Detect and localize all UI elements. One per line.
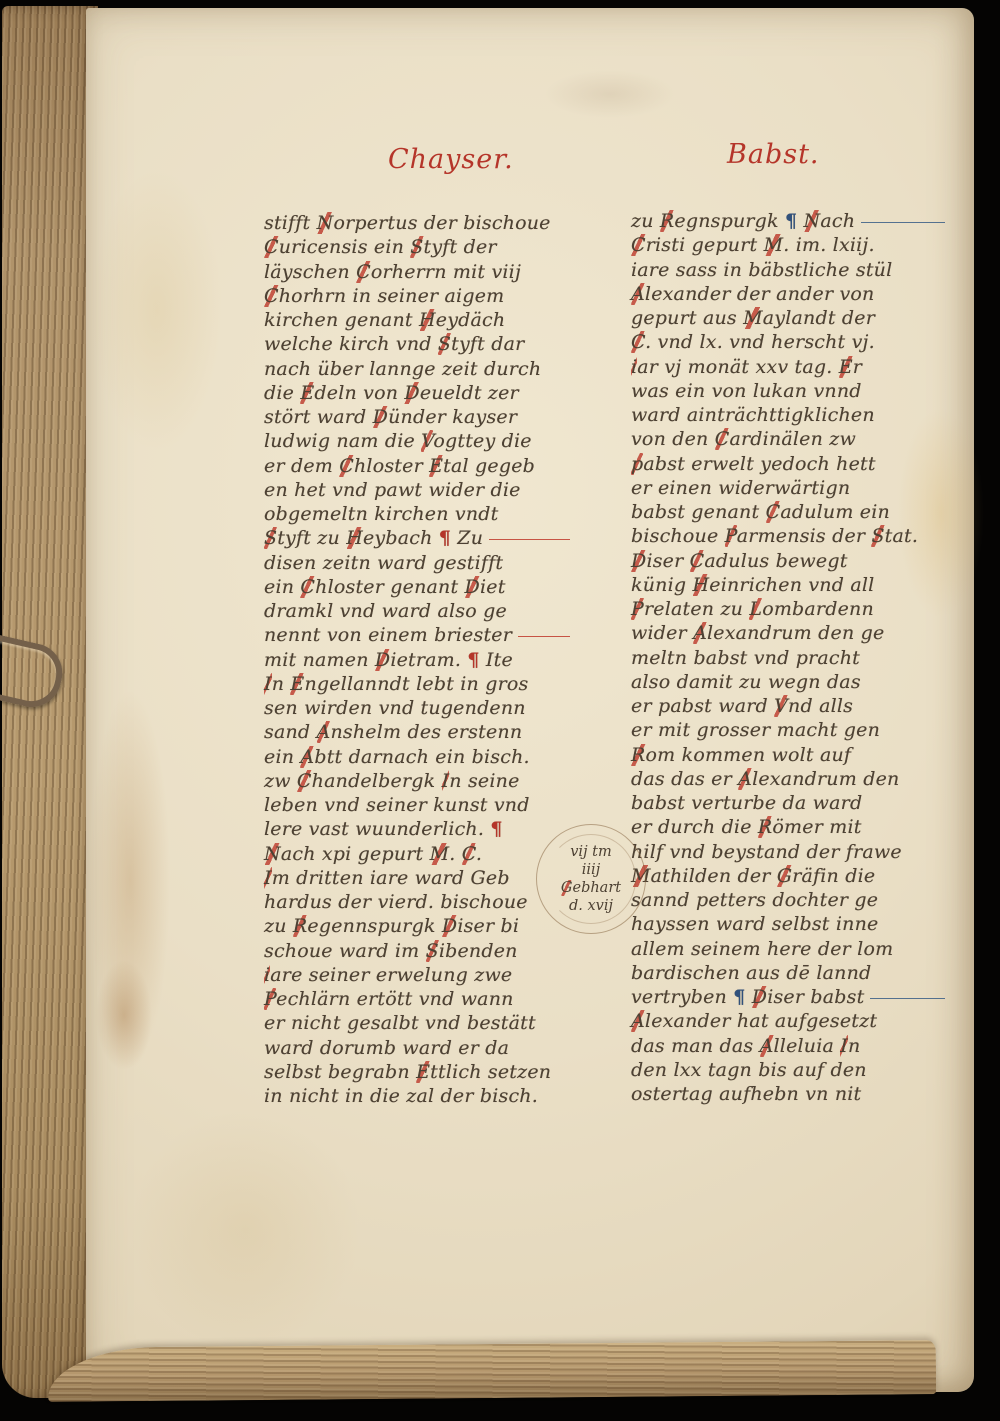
running-header-kaiser-label: Chayser. [388, 144, 514, 175]
text-line: en het vnd pawt wider die [264, 479, 570, 503]
text-line: zu Regnspurgk ¶ Nach [631, 210, 945, 234]
text-line: nach über lannge zeit durch [264, 358, 570, 382]
rubricated-letter: S [410, 236, 423, 258]
rubricated-letter: E [416, 1061, 430, 1083]
rubricated-letter: A [693, 622, 707, 644]
text-line: bischoue Parmensis der Stat. [631, 525, 945, 549]
text-line: in nicht in die zal der bisch. [264, 1085, 570, 1109]
rubricated-letter: C [300, 576, 315, 598]
rubricated-letter: R [660, 210, 675, 232]
rubricated-letter: I [840, 1035, 848, 1057]
column-right: zu Regnspurgk ¶ NachCristi gepurt M. im.… [631, 210, 945, 1107]
text-line: Pechlärn ertött vnd wann [264, 988, 570, 1012]
text-line: Nach xpi gepurt M. C. [264, 843, 570, 867]
text-line: C. vnd lx. vnd herscht vj. [631, 331, 945, 355]
text-line: meltn babst vnd pracht [631, 647, 945, 671]
ink-rule-red [489, 539, 570, 540]
text-line: stört ward Dünder kayser [264, 406, 570, 430]
text-line: Curicensis ein Styft der [264, 236, 570, 260]
rubricated-letter: C [715, 428, 730, 450]
rubricated-letter: R [631, 744, 646, 766]
rubricated-letter: A [631, 1010, 645, 1032]
text-line: vertryben ¶ Diser babst [631, 986, 945, 1010]
rubricated-letter: S [426, 940, 439, 962]
rubricated-letter: N [317, 212, 334, 234]
text-line: leben vnd seiner kunst vnd [264, 794, 570, 818]
ink-rule-blue [870, 998, 945, 999]
rubricated-letter: V [421, 430, 433, 452]
margin-note: vij tmiiijGebhartd. xvij [536, 824, 646, 934]
text-line: er dem Chloster Etal gegeb [264, 455, 570, 479]
rubricated-letter: N [804, 210, 821, 232]
rubricated-letter: C [462, 843, 476, 865]
text-line: wider Alexandrum den ge [631, 622, 945, 646]
rubricated-letter: E [839, 356, 853, 378]
rubricated-letter: V [774, 695, 788, 717]
blue-pilcrow-mark: ¶ [785, 210, 797, 232]
rubricated-letter: I [264, 867, 272, 889]
rubricated-letter: G [561, 880, 573, 896]
rubricated-letter: A [631, 283, 645, 305]
ink-rule-red [518, 636, 570, 637]
running-header-kaiser: Chayser. [388, 144, 514, 175]
rubricated-letter: i [631, 356, 637, 378]
text-line: Rom kommen wolt auf [631, 744, 945, 768]
rubricated-letter: M [764, 234, 784, 256]
text-line: iar vj monät xxv tag. Er [631, 356, 945, 380]
rubricated-letter: A [738, 768, 752, 790]
text-line: was ein von lukan vnnd [631, 380, 945, 404]
text-line: kirchen genant Heydäch [264, 309, 570, 333]
text-line: hilf vnd beystand der frawe [631, 841, 945, 865]
manuscript-photo: Chayser. Babst. stifft Norpertus der bis… [0, 0, 1000, 1421]
text-line: stifft Norpertus der bischoue [264, 212, 570, 236]
text-line: selbst begrabn Ettlich setzen [264, 1061, 570, 1085]
red-pilcrow-mark: ¶ [490, 818, 502, 840]
text-line: allem seinem here der lom [631, 938, 945, 962]
margin-note-line: d. xvij [561, 897, 621, 915]
text-line: er einen widerwärtign [631, 477, 945, 501]
text-line: babst verturbe da ward [631, 792, 945, 816]
bottom-leaf-edges [48, 1340, 936, 1402]
rubricated-letter: M [430, 843, 450, 865]
rubricated-letter: C [631, 331, 645, 353]
rubricated-letter: H [692, 574, 709, 596]
text-line: ein Abtt darnach ein bisch. [264, 746, 570, 770]
rubricated-letter: P [264, 988, 276, 1010]
text-line: er nicht gesalbt vnd bestätt [264, 1012, 570, 1036]
ink-rule-blue [861, 222, 945, 223]
text-line: Alexander hat aufgesetzt [631, 1010, 945, 1034]
text-line: er durch die Römer mit [631, 816, 945, 840]
text-line: zu Regennspurgk Diser bi [264, 915, 570, 939]
text-line: er pabst ward Vnd alls [631, 695, 945, 719]
text-line: gepurt aus Maylandt der [631, 307, 945, 331]
text-line: Im dritten iare ward Geb [264, 867, 570, 891]
rubricated-letter: R [758, 816, 773, 838]
margin-note-text: vij tmiiijGebhartd. xvij [561, 843, 621, 916]
text-line: hayssen ward selbst inne [631, 913, 945, 937]
text-line: welche kirch vnd Styft dar [264, 333, 570, 357]
text-line: disen zeitn ward gestifft [264, 552, 570, 576]
rubricated-letter: M [743, 307, 763, 329]
rubricated-letter: C [339, 455, 354, 477]
text-line: den lxx tagn bis auf den [631, 1059, 945, 1083]
rubricated-letter: D [442, 915, 457, 937]
text-line: sand Anshelm des erstenn [264, 721, 570, 745]
column-left: stifft Norpertus der bischoueCuricensis … [264, 212, 570, 1109]
text-line: Cristi gepurt M. im. lxiij. [631, 234, 945, 258]
rubricated-letter: E [300, 382, 314, 404]
margin-note-line: vij tm [561, 843, 621, 861]
text-line: ostertag aufhebn vn nit [631, 1083, 945, 1107]
rubricated-letter: D [752, 986, 767, 1008]
text-line: iare sass in bäbstliche stül [631, 259, 945, 283]
rubricated-letter: S [264, 527, 277, 549]
text-line: ein Chloster genant Diet [264, 576, 570, 600]
rubricated-letter: S [438, 333, 451, 355]
text-line: schoue ward im Sibenden [264, 940, 570, 964]
rubricated-letter: C [264, 285, 279, 307]
rubricated-letter: A [300, 746, 314, 768]
text-line: Diser Cadulus bewegt [631, 550, 945, 574]
running-header-babst: Babst. [727, 139, 820, 170]
rubricated-letter: D [631, 550, 646, 572]
text-line: Alexander der ander von [631, 283, 945, 307]
running-header-babst-label: Babst. [727, 139, 820, 170]
rubricated-letter: H [419, 309, 436, 331]
rubricated-letter: D [373, 406, 388, 428]
text-line: ward ainträchttigklichen [631, 404, 945, 428]
rubricated-letter: i [264, 964, 270, 986]
text-line: mit namen Dietram. ¶ Ite [264, 649, 570, 673]
text-line: iare seiner erwelung zwe [264, 964, 570, 988]
red-pilcrow-mark: ¶ [439, 527, 451, 549]
margin-note-line: iiij [561, 861, 621, 879]
text-line: pabst erwelt yedoch hett [631, 453, 945, 477]
text-line: hardus der vierd. bischoue [264, 891, 570, 915]
rubricated-letter: S [871, 525, 884, 547]
text-line: Chorhrn in seiner aigem [264, 285, 570, 309]
rubricated-letter: D [375, 649, 390, 671]
rubricated-letter: C [264, 236, 279, 258]
text-line: lere vast wuunderlich. ¶ [264, 818, 570, 842]
rubricated-letter: E [290, 673, 304, 695]
rubricated-letter: R [293, 915, 308, 937]
rubricated-letter: C [690, 550, 705, 572]
rubricated-letter: P [631, 598, 644, 620]
text-line: also damit zu wegn das [631, 671, 945, 695]
rubricated-letter: D [465, 576, 480, 598]
blue-pilcrow-mark: ¶ [733, 986, 745, 1008]
text-line: die Edeln von Deueldt zer [264, 382, 570, 406]
text-line: das man das Alleluia In [631, 1035, 945, 1059]
text-line: nennt von einem briester [264, 624, 570, 648]
rubricated-letter: C [766, 501, 781, 523]
rubricated-letter: A [317, 721, 331, 743]
text-line: sen wirden vnd tugendenn [264, 697, 570, 721]
rubricated-letter: I [264, 673, 272, 695]
text-line: von den Cardinälen zw [631, 428, 945, 452]
rubricated-letter: C [297, 770, 312, 792]
rubricated-letter: D [404, 382, 419, 404]
rubricated-letter: A [760, 1035, 774, 1057]
red-pilcrow-mark: ¶ [467, 649, 479, 671]
text-line: künig Heinrichen vnd all [631, 574, 945, 598]
text-line: bardischen aus dē lannd [631, 962, 945, 986]
rubricated-letter: L [749, 598, 762, 620]
text-line: er mit grosser macht gen [631, 719, 945, 743]
rubricated-letter: p [631, 453, 643, 475]
rubricated-letter: I [442, 770, 450, 792]
text-line: dramkl vnd ward also ge [264, 600, 570, 624]
text-line: In Engellanndt lebt in gros [264, 673, 570, 697]
text-line: Prelaten zu Lombardenn [631, 598, 945, 622]
rubricated-letter: C [631, 234, 646, 256]
rubricated-letter: G [777, 865, 792, 887]
rubricated-letter: N [264, 843, 281, 865]
rubricated-letter: C [356, 261, 371, 283]
text-line: obgemeltn kirchen vndt [264, 503, 570, 527]
rubricated-letter: E [429, 455, 443, 477]
text-line: das das er Alexandrum den [631, 768, 945, 792]
text-line: babst genant Cadulum ein [631, 501, 945, 525]
text-line: zw Chandelbergk In seine [264, 770, 570, 794]
text-line: läyschen Corherrn mit viij [264, 261, 570, 285]
text-line: Mathilden der Gräfin die [631, 865, 945, 889]
rubricated-letter: P [725, 525, 737, 547]
text-line: sannd petters dochter ge [631, 889, 945, 913]
margin-note-line: Gebhart [561, 879, 621, 897]
text-line: ward dorumb ward er da [264, 1037, 570, 1061]
rubricated-letter: H [346, 527, 363, 549]
text-line: ludwig nam die Vogttey die [264, 430, 570, 454]
text-line: Styft zu Heybach ¶ Zu [264, 527, 570, 551]
